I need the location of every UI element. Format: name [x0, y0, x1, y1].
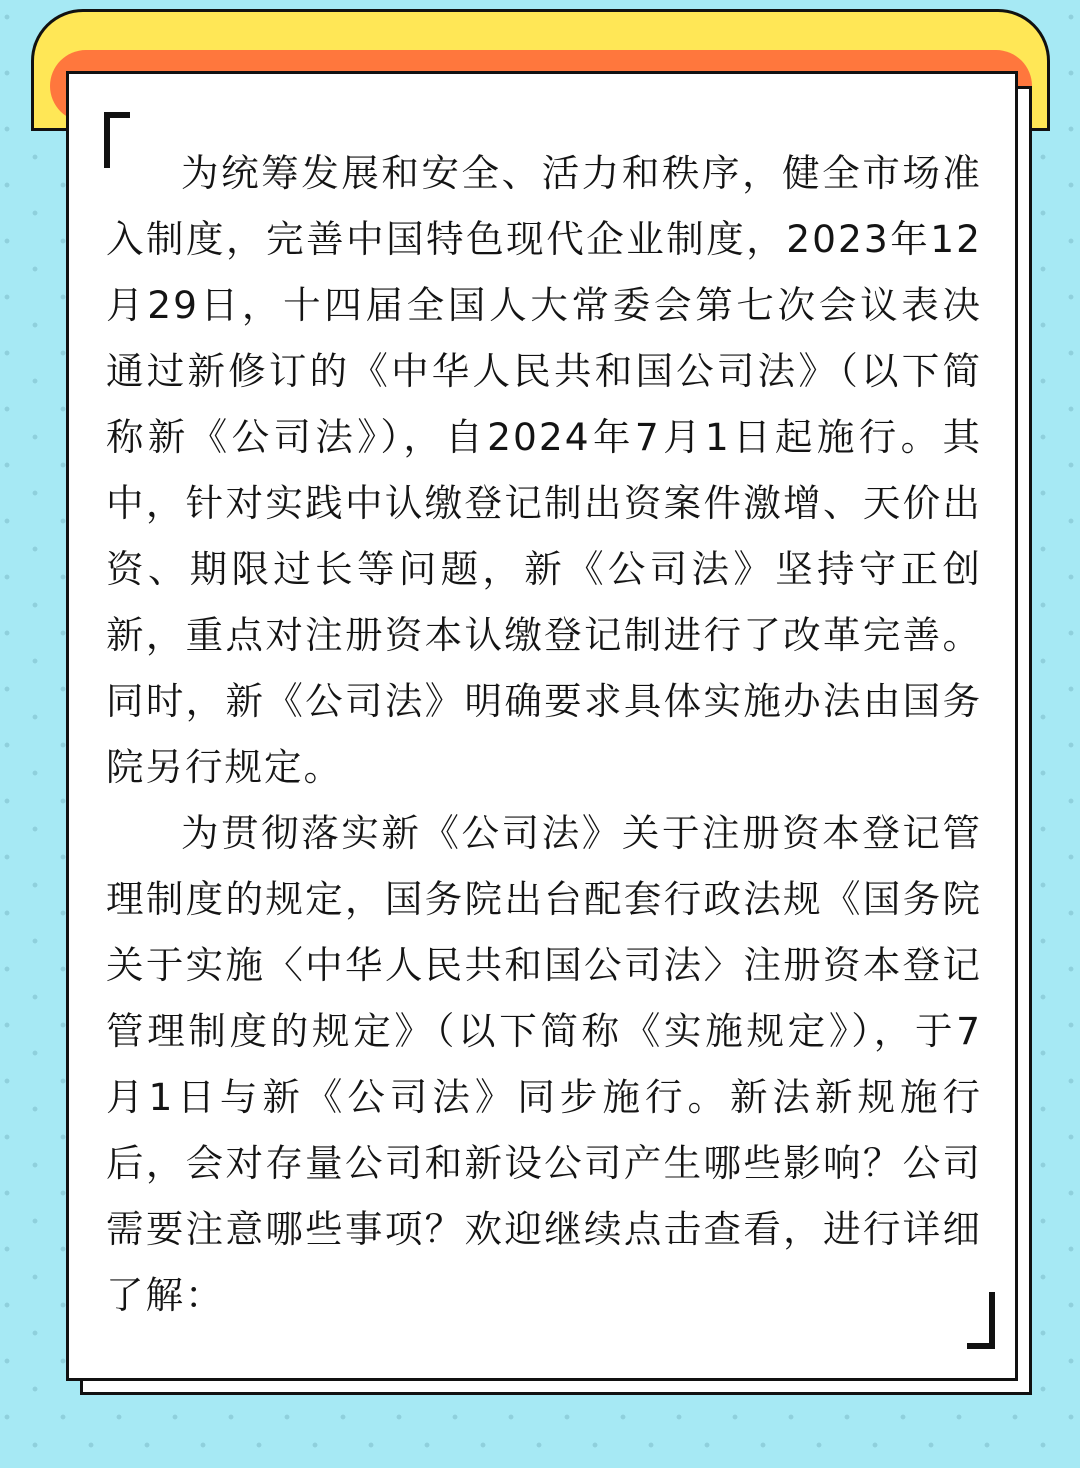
paragraph-intro: 为统筹发展和安全、活力和秩序，健全市场准入制度，完善中国特色现代企业制度，202…: [106, 140, 982, 800]
paragraph-implementation: 为贯彻落实新《公司法》关于注册资本登记管理制度的规定，国务院出台配套行政法规《国…: [106, 800, 982, 1328]
close-corner-bracket-icon: [967, 1292, 995, 1349]
article-body: 为统筹发展和安全、活力和秩序，健全市场准入制度，完善中国特色现代企业制度，202…: [106, 140, 982, 1328]
